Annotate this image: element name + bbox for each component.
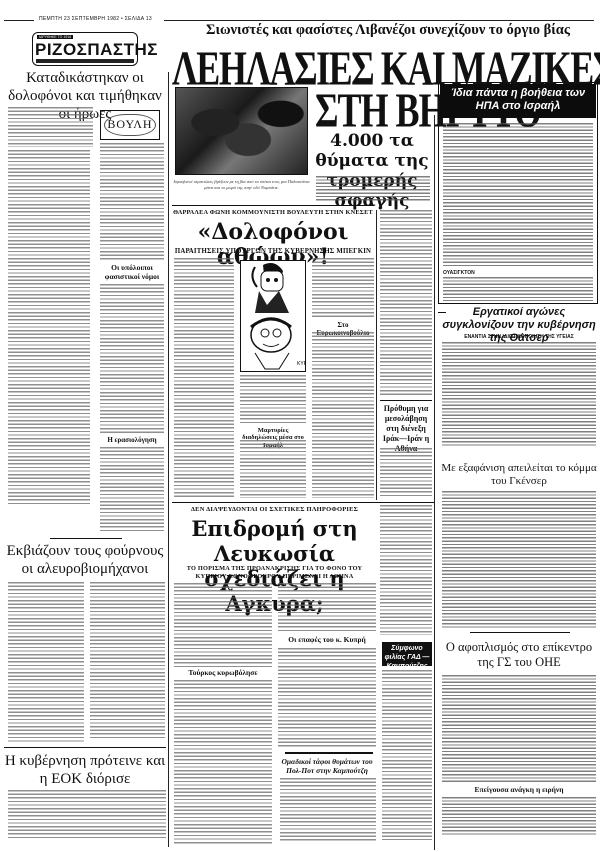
uk-body <box>442 342 596 447</box>
divider <box>380 400 432 401</box>
divider <box>470 632 570 633</box>
knesset-body-col-3a <box>312 258 374 318</box>
lead-kicker: Σιωνιστές και φασίστες Λιβανέζοι συνεχίζ… <box>178 22 598 39</box>
svg-text:KYR: KYR <box>297 361 306 367</box>
column-rule <box>376 210 377 500</box>
cyprus-body-col-2b <box>278 648 376 748</box>
un-body-2 <box>442 797 596 835</box>
cambodia-headline: Ομαδικοί τάφοι θυμάτων του Πολ-Ποτ στην … <box>278 757 376 775</box>
masthead-logo: ΡΙΖΟΣΠΑΣΤΗΣ <box>35 40 135 60</box>
dateline-rule-right <box>164 20 594 21</box>
genscher-body <box>442 491 596 629</box>
masthead-strip <box>36 59 134 63</box>
usa-box-subsection: ΟΥΑΣΙΓΚΤΟΝ <box>443 270 475 276</box>
knesset-body-col-2b <box>240 440 306 498</box>
usa-box-body <box>443 123 593 268</box>
usa-box-headline: Ίδια πάντα η βοήθεια των ΗΠΑ στο Ισραήλ <box>440 84 596 118</box>
cyprus-kicker: ΔΕΝ ΔΙΑΨΕΥΔΟΝΤΑΙ ΟΙ ΣΧΕΤΙΚΕΣ ΠΛΗΡΟΦΟΡΙΕΣ <box>172 506 377 513</box>
article-2-body-col-2 <box>90 582 165 740</box>
divider <box>172 502 434 503</box>
article-1-body-col-2c <box>100 447 164 531</box>
article-1-subhead-2: Η ερασιολόγηση <box>100 436 164 444</box>
cyprus-section-1: Τούρκος κυρωβόλησε <box>174 669 272 678</box>
un-subsection: Επείγουσα ανάγκη η ειρήνη <box>440 786 598 795</box>
divider <box>172 205 374 206</box>
gaa-box-label: Σύμφωνο φιλίας ΓΑΔ — Καμπούτζης <box>382 642 432 666</box>
article-3-body <box>8 790 166 838</box>
knesset-body-col-3b <box>312 332 374 498</box>
article-1-subhead: Οι υπόλοιποι φασιστικοί νόμοι <box>100 264 164 281</box>
gaa-box-body <box>382 670 432 840</box>
un-headline: Ο αφοπλισμός στο επίκεντρο της ΓΣ του ΟΗ… <box>440 640 598 670</box>
dateline-text: ΠΕΜΠΤΗ 23 ΣΕΠΤΕΜΒΡΗ 1982 • ΣΕΛΙΔΑ 13 <box>36 16 155 22</box>
column-rule <box>168 72 169 847</box>
athens-box-headline: Πρόθυμη για μεσολάβηση στη διένεξη Ιράκ—… <box>380 404 432 454</box>
knesset-cartoon: KYR <box>240 260 306 372</box>
usa-box-body-2 <box>443 277 593 301</box>
lead-body-continued <box>380 210 432 396</box>
knesset-kicker: ΘΑΡΡΑΛΕΑ ΦΩΝΗ ΚΟΜΜΟΥΝΙΣΤΗ ΒΟΥΛΕΥΤΗ ΣΤΗΝ … <box>172 209 374 216</box>
genscher-headline: Με εξαφάνιση απειλείται το κόμμα του Γκέ… <box>440 462 598 488</box>
knesset-subhead: ΠΑΡΑΙΤΗΣΕΙΣ ΥΠΟΥΡΓΩΝ ΤΗΣ ΚΥΒΕΡΝΗΣΗΣ ΜΠΕΓ… <box>172 248 374 255</box>
lead-photo <box>175 87 308 175</box>
boule-box-label: ΒΟΥΛΗ <box>101 117 159 132</box>
article-1-body-col-2a <box>100 143 164 261</box>
cambodia-body <box>280 778 376 842</box>
masthead-founded: ΙΔΡΥΘΗΚΕ ΤΟ 1916 <box>37 35 73 39</box>
article-1-body-intro <box>8 107 93 147</box>
athens-box-body <box>380 448 432 498</box>
knesset-body-col-1 <box>174 258 234 498</box>
caricature-icon: KYR <box>241 261 306 372</box>
lead-body <box>316 176 430 202</box>
dateline-rule-left <box>4 20 34 21</box>
cyprus-body-col-2 <box>278 583 376 633</box>
article-2-body-col-1 <box>8 582 84 742</box>
article-1-body-col-1 <box>8 150 90 505</box>
column-rule <box>434 115 435 850</box>
article-1-body-col-2b <box>100 284 164 434</box>
cyprus-body-col-1b <box>174 680 272 845</box>
cyprus-body-col-1 <box>174 583 272 667</box>
lead-photo-caption: Ισραηλινοί στρατιώτες βγάζουν με τη βία … <box>173 179 310 190</box>
divider <box>4 747 166 748</box>
masthead: ΙΔΡΥΘΗΚΕ ΤΟ 1916 ΡΙΖΟΣΠΑΣΤΗΣ <box>32 32 138 66</box>
un-body <box>442 675 596 783</box>
divider <box>50 538 122 539</box>
divider <box>285 752 373 754</box>
boule-box: ΒΟΥΛΗ <box>100 110 160 140</box>
article-2-headline: Εκβιάζουν τους φούρνους οι αλευροβιομήχα… <box>4 542 166 578</box>
cyprus-body-col-3 <box>380 505 432 635</box>
cyprus-section-2: Οι επαφές του κ. Κυπρή <box>278 636 376 645</box>
article-3-headline: Η κυβέρνηση πρότεινε και η ΕΟΚ διόρισε <box>4 752 166 788</box>
uk-subhead: ΕΝΑΝΤΙΑ ΣΤΗΝ ΙΔΙΩΤΙΚΟΠΟΙΗΣΗ ΤΗΣ ΥΓΕΙΑΣ <box>440 334 598 340</box>
knesset-body-col-2 <box>240 375 306 425</box>
cyprus-subhead: ΤΟ ΠΟΡΙΣΜΑ ΤΗΣ ΠΡΟΑΝΑΚΡΙΣΗΣ ΓΙΑ ΤΟ ΦΟΝΟ … <box>172 565 377 581</box>
